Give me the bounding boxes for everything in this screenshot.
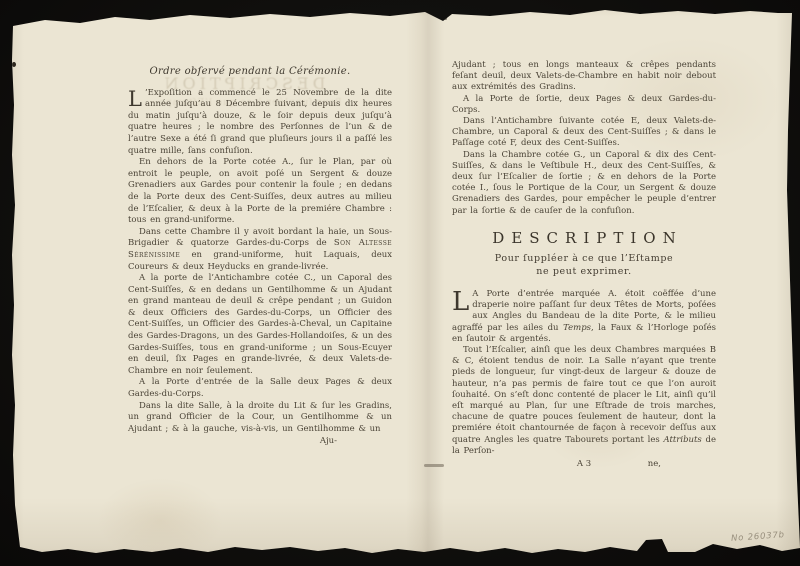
paragraph: Dans cette Chambre il y avoit bordant la… xyxy=(128,227,392,273)
italic-term: Temps xyxy=(563,323,591,333)
paragraph: A la Porte d’entrée de la Salle deux Pag… xyxy=(128,377,392,400)
signature-line: A 3 ne, xyxy=(452,459,716,472)
paper-speck xyxy=(444,17,447,20)
pencil-smudge xyxy=(424,464,444,467)
paragraph: LA Porte d’entrée marquée A. étoit coëff… xyxy=(452,289,716,345)
subtitle-line: ne peut exprimer. xyxy=(536,266,631,277)
left-page-heading: Ordre obſervé pendant la Cérémonie. xyxy=(128,66,372,78)
text-run: ’Expoſition a commencé le 25 Novembre de… xyxy=(128,88,392,156)
drop-cap: L xyxy=(452,289,472,313)
paragraph: Dans la dite Salle, à la droite du Lit &… xyxy=(128,401,392,436)
paragraph: Dans l’Antichambre ſuivante cotée E, deu… xyxy=(452,116,716,150)
paragraph: Ajudant ; tous en longs manteaux & crêpe… xyxy=(452,60,716,94)
text-run: Tout l’Eſcalier, ainſi que les deux Cham… xyxy=(452,345,716,445)
paragraph: A la Porte de ſortie, deux Pages & deux … xyxy=(452,94,716,116)
pencil-inscription: No 26037b xyxy=(731,530,785,544)
italic-term: Attributs xyxy=(663,435,701,445)
document-spread: DESCRIPTION Pour ſuppléer à ce que l’Eſt… xyxy=(0,0,800,566)
right-page: Ajudant ; tous en longs manteaux & crêpe… xyxy=(452,60,716,472)
subtitle-line: Pour ſuppléer à ce que l’Eſtampe xyxy=(495,253,673,264)
drop-cap: L xyxy=(128,88,145,108)
catchword: Aju- xyxy=(128,436,392,448)
center-fold xyxy=(406,0,444,566)
left-page: Ordre obſervé pendant la Cérémonie. L’Ex… xyxy=(128,66,392,448)
paragraph: L’Expoſition a commencé le 25 Novembre d… xyxy=(128,88,392,158)
photo-background: DESCRIPTION Pour ſuppléer à ce que l’Eſt… xyxy=(0,0,800,566)
catchword: ne, xyxy=(648,459,661,470)
signature-mark: A 3 xyxy=(577,459,591,470)
paragraph: Dans la Chambre cotée G., un Caporal & d… xyxy=(452,150,716,217)
section-title: DESCRIPTION xyxy=(452,233,716,244)
paper-speck xyxy=(12,62,16,67)
section-subtitle: Pour ſuppléer à ce que l’Eſtampene peut … xyxy=(452,253,716,278)
paragraph: A la porte de l’Antichambre cotée C., un… xyxy=(128,273,392,377)
paragraph: En dehors de la Porte cotée A., ſur le P… xyxy=(128,157,392,227)
paragraph: Tout l’Eſcalier, ainſi que les deux Cham… xyxy=(452,345,716,457)
